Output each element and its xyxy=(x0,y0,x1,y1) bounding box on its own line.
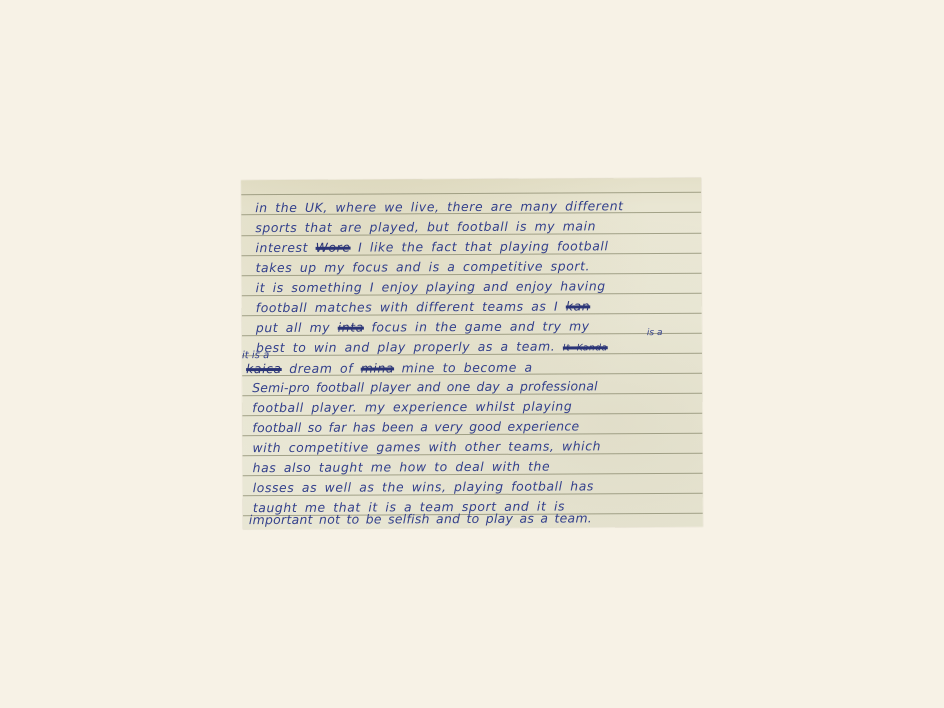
crossed-out-word: kan xyxy=(566,298,591,313)
text-fragment: football matches with different teams as… xyxy=(256,299,566,316)
text-line-6: football matches with different teams as… xyxy=(256,297,696,317)
text-line-12: football so far has been a very good exp… xyxy=(252,417,696,437)
text-line-14: has also taught me how to deal with the xyxy=(253,457,697,477)
page-background: in the UK, where we live, there are many… xyxy=(0,0,944,708)
text-fragment: focus in the game and try my xyxy=(364,318,590,334)
text-fragment: I like the fact that playing football xyxy=(351,238,609,254)
ruled-line xyxy=(241,192,701,195)
crossed-out-word: mina xyxy=(361,360,394,375)
text-line-17: important not to be selfish and to play … xyxy=(249,509,697,529)
text-line-5: it is something I enjoy playing and enjo… xyxy=(256,277,696,297)
text-line-7: put all my inta focus in the game and tr… xyxy=(256,317,696,337)
text-fragment: mine to become a xyxy=(394,360,533,376)
text-line-2: sports that are played, but football is … xyxy=(255,217,695,237)
text-fragment: interest xyxy=(255,240,315,255)
insertion-above: is a xyxy=(647,328,663,338)
handwritten-note: in the UK, where we live, there are many… xyxy=(241,178,703,529)
text-fragment: best to win and play properly as a team. xyxy=(256,339,563,356)
text-line-1: in the UK, where we live, there are many… xyxy=(255,197,695,217)
crossed-out-word: It Kanda xyxy=(563,343,608,353)
crossed-out-word: Wore xyxy=(316,240,351,255)
text-fragment: dream of xyxy=(282,361,361,376)
text-line-11: football player. my experience whilst pl… xyxy=(252,397,696,417)
crossed-out-word: kaica xyxy=(246,361,282,376)
crossed-out-word: inta xyxy=(338,320,364,335)
text-line-3: interest Wore I like the fact that playi… xyxy=(255,237,695,257)
text-line-10: Semi-pro football player and one day a p… xyxy=(252,377,696,397)
text-line-13: with competitive games with other teams,… xyxy=(252,437,696,457)
text-line-15: losses as well as the wins, playing foot… xyxy=(253,477,697,497)
text-line-4: takes up my focus and is a competitive s… xyxy=(256,257,696,277)
text-line-9: kaica dream of mina mine to become a xyxy=(246,358,696,378)
text-fragment: put all my xyxy=(256,320,338,335)
text-line-8: best to win and play properly as a team.… xyxy=(256,337,696,357)
